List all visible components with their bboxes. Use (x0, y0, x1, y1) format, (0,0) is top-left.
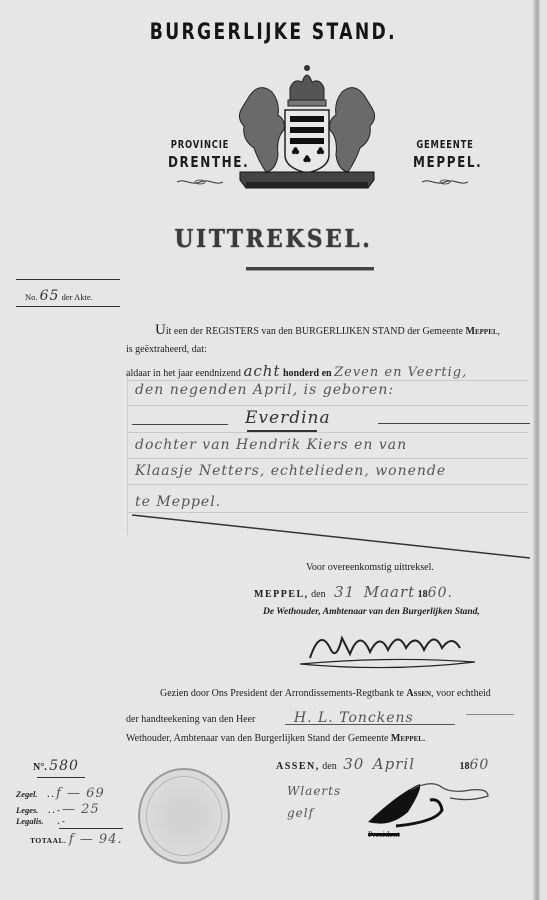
wethouder-signature: H. L. Tonckens (290, 618, 490, 673)
fees-no-value: 580 (49, 758, 79, 774)
struck-president-title: President (368, 829, 400, 839)
conform-line: Voor overeenkomstig uittreksel. (306, 562, 434, 573)
year-prefix: aldaar in het jaar eendnizend (126, 368, 241, 379)
legalisation-dash (466, 714, 514, 715)
legalisation-end-3: . (423, 733, 426, 744)
akte-suffix: der Akte. (62, 292, 93, 302)
assen-day: 30 (343, 755, 364, 773)
intro-text: it een der REGISTERS van den BURGERLIJKE… (166, 326, 463, 337)
year-hand-1: acht (243, 362, 280, 380)
margin-line (127, 375, 128, 535)
ruled-line (128, 380, 528, 381)
ruled-line (128, 432, 528, 433)
fee-row-leges: Leges. . . - — 25 (16, 802, 100, 817)
registrar-initials: Wlaerts gelf (287, 780, 337, 824)
fee-value: — 25 (62, 802, 100, 817)
akte-prefix: No. (25, 292, 38, 302)
municipality-label: GEMEENTE (413, 139, 477, 151)
assen-den: den (322, 761, 336, 772)
fee-label: Leges. (16, 805, 38, 815)
assen-year-print: 18 (460, 761, 470, 772)
legalisation-end-1: , voor echtheid (431, 688, 491, 699)
meppel-date-line: MEPPEL, den 31 Maart 1860. (254, 583, 453, 601)
ruled-line (128, 458, 528, 459)
president-signature (360, 772, 510, 832)
year-line: aldaar in het jaar eendnizend acht honde… (126, 362, 467, 380)
fee-dots: . . - (49, 805, 60, 815)
legalisation-line-3: Wethouder, Ambtenaar van den Burgerlijke… (126, 733, 425, 744)
ruled-line (128, 484, 528, 485)
legalisation-text-3: Wethouder, Ambtenaar van den Burgerlijke… (126, 733, 388, 744)
paper-edge (533, 0, 540, 900)
fee-total-value: f — 94. (69, 832, 123, 847)
intro-end: , (498, 326, 501, 337)
province-block: PROVINCIE DRENTHE. (160, 139, 240, 190)
intro-place: Meppel (466, 326, 498, 337)
year-hand-2: Zeven en Veertig, (334, 365, 467, 380)
fee-total-label: TOTAAL. (30, 836, 66, 845)
meppel-day: 31 (334, 583, 355, 601)
fee-value: f — 69 (56, 786, 105, 801)
assen-year-hand: 60 (470, 757, 490, 773)
fee-label: Legalis. (16, 816, 44, 826)
fee-dots: . . (48, 789, 54, 799)
fees-rule-top (37, 777, 85, 778)
legalisation-place-1: Assen (406, 688, 431, 699)
fee-label: Zegel. (16, 789, 37, 799)
akte-rule-top (16, 279, 120, 280)
legalisation-underline (285, 724, 455, 725)
heading-rule (246, 267, 374, 271)
legalisation-line-1: Gezien door Ons President der Arrondisse… (160, 688, 491, 699)
fees-number: N°. 580 (33, 758, 79, 774)
handwritten-line-6: te Meppel. (135, 494, 221, 510)
closing-stroke (130, 512, 535, 562)
name-rule-right (378, 423, 530, 424)
fee-row-legalis: Legalis. . - (16, 816, 65, 826)
svg-text:H. L. Tonckens: H. L. Tonckens (349, 645, 358, 647)
child-name: Everdina (245, 408, 331, 428)
municipality-name: MEPPEL. (413, 153, 477, 171)
fees-no-label: N°. (33, 762, 47, 773)
akte-number-value: 65 (40, 288, 60, 304)
document-title: BURGERLIJKE STAND. (60, 20, 487, 45)
flourish-icon (420, 178, 470, 186)
coat-of-arms-icon (232, 60, 382, 193)
assen-month: April (373, 755, 415, 773)
legalisation-text-1: Gezien door Ons President der Arrondisse… (160, 688, 404, 699)
name-rule-left (132, 424, 228, 425)
document-type-heading: UITTREKSEL. (27, 224, 519, 253)
extracted-line: is geëxtraheerd, dat: (126, 344, 207, 355)
ruled-line (128, 405, 528, 406)
meppel-year-hand: 60. (428, 585, 453, 601)
fees-total-rule (59, 828, 123, 829)
court-seal-icon (138, 768, 230, 864)
intro-line: Uit een der REGISTERS van den BURGERLIJK… (155, 322, 500, 339)
certificate-page: BURGERLIJKE STAND. PROVINCIE DRENTHE. GE… (0, 0, 540, 900)
meppel-year-print: 18 (418, 589, 428, 600)
handwritten-line-5: Klaasje Netters, echtelieden, wonende (135, 463, 446, 479)
akte-number: No. 65 der Akte. (25, 288, 93, 304)
province-label: PROVINCIE (168, 139, 232, 151)
legalisation-text-2: der handteekening van den Heer (126, 714, 255, 725)
official-title: De Wethouder, Ambtenaar van den Burgerli… (263, 607, 480, 617)
fee-row-zegel: Zegel. . . f — 69 (16, 786, 105, 801)
legalisation-place-3: Meppel (391, 733, 423, 744)
fee-dots: . - (58, 816, 65, 826)
handwritten-line-4: dochter van Hendrik Kiers en van (135, 437, 407, 453)
province-name: DRENTHE. (168, 153, 232, 171)
flourish-icon (175, 178, 225, 186)
akte-rule-bottom (16, 306, 120, 307)
municipality-block: GEMEENTE MEPPEL. (405, 139, 485, 190)
handwritten-line-2: den negenden April, is geboren: (135, 382, 394, 398)
meppel-place: MEPPEL, (254, 589, 309, 600)
assen-place: ASSEN, (276, 761, 320, 772)
meppel-month: Maart (364, 583, 415, 601)
assen-date-line: ASSEN, den 30 April 1860 (276, 755, 489, 773)
year-mid: honderd en (283, 368, 332, 379)
meppel-den: den (311, 589, 325, 600)
fee-total-row: TOTAAL. f — 94. (30, 832, 123, 847)
intro-drop-cap: U (155, 322, 166, 338)
